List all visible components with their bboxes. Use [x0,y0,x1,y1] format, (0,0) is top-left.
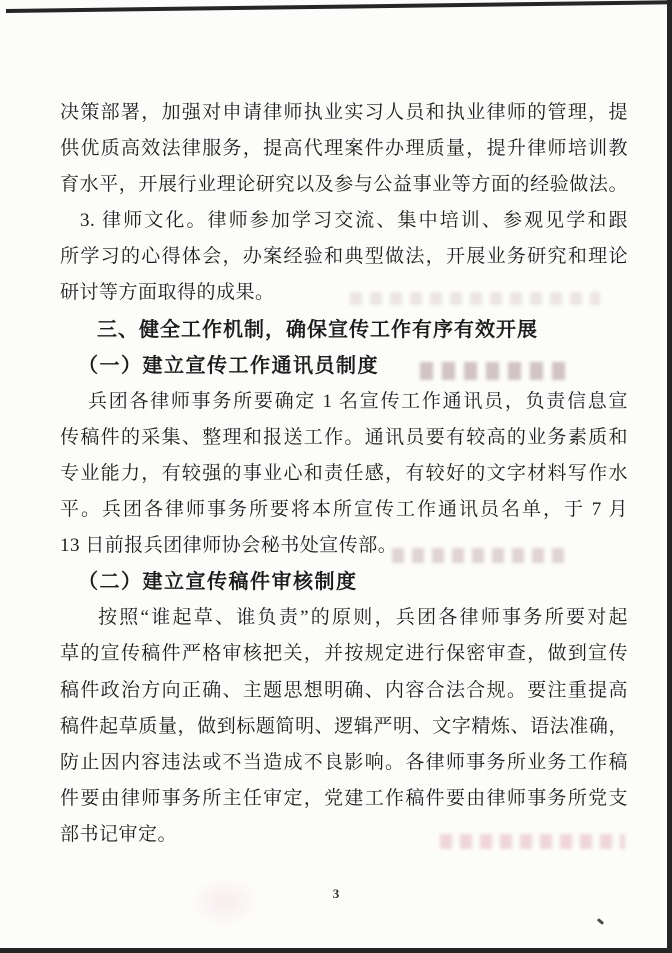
text-line: 兵团各律师事务所要确定 1 名宣传工作通讯员，负责信息宣 [60,384,628,420]
text-line: 草的宣传稿件严格审核把关，并按规定进行保密审查，做到宣传 [60,636,628,672]
text-line: 所学习的心得体会，办案经验和典型做法，开展业务研究和理论 [60,239,628,275]
text-line: 专业能力，有较强的事业心和责任感，有较好的文字材料写作水 [60,456,628,492]
text-line: 育水平，开展行业理论研究以及参与公益事业等方面的经验做法。 [60,167,628,203]
text-line: 传稿件的采集、整理和报送工作。通讯员要有较高的业务素质和 [60,420,628,456]
scan-speck [597,918,604,925]
subsection-heading: （二）建立宣传稿件审核制度 [60,564,628,600]
page-number: 3 [0,886,672,902]
section-heading: 三、健全工作机制，确保宣传工作有序有效开展 [60,312,628,348]
text-line: 平。兵团各律师事务所要将本所宣传工作通讯员名单，于 7 月 [60,492,628,528]
text-line: 按照“谁起草、谁负责”的原则，兵团各律师事务所要对起 [60,600,628,636]
scan-edge-bottom [0,948,672,953]
subsection-heading: （一）建立宣传工作通讯员制度 [60,348,628,384]
text-line: 稿件起草质量，做到标题简明、逻辑严明、文字精炼、语法准确， [60,709,628,745]
text-line: 3. 律师文化。律师参加学习交流、集中培训、参观见学和跟 [60,203,628,239]
text-line: 供优质高效法律服务，提高代理案件办理质量，提升律师培训教 [60,131,628,167]
text-line: 决策部署，加强对申请律师执业实习人员和执业律师的管理，提 [60,95,628,131]
document-body: 决策部署，加强对申请律师执业实习人员和执业律师的管理，提 供优质高效法律服务，提… [60,95,628,853]
text-line: 13 日前报兵团律师协会秘书处宣传部。 [60,528,628,564]
scanned-document-page: 决策部署，加强对申请律师执业实习人员和执业律师的管理，提 供优质高效法律服务，提… [0,0,672,953]
text-line: 研讨等方面取得的成果。 [60,275,628,311]
text-line: 件要由律师事务所主任审定，党建工作稿件要由律师事务所党支 [60,781,628,817]
text-line: 防止因内容违法或不当造成不良影响。各律师事务所业务工作稿 [60,745,628,781]
text-line: 部书记审定。 [60,817,628,853]
text-line: 稿件政治方向正确、主题思想明确、内容合法合规。要注重提高 [60,673,628,709]
scan-edge-right [667,0,672,953]
scan-edge-top [6,0,672,13]
